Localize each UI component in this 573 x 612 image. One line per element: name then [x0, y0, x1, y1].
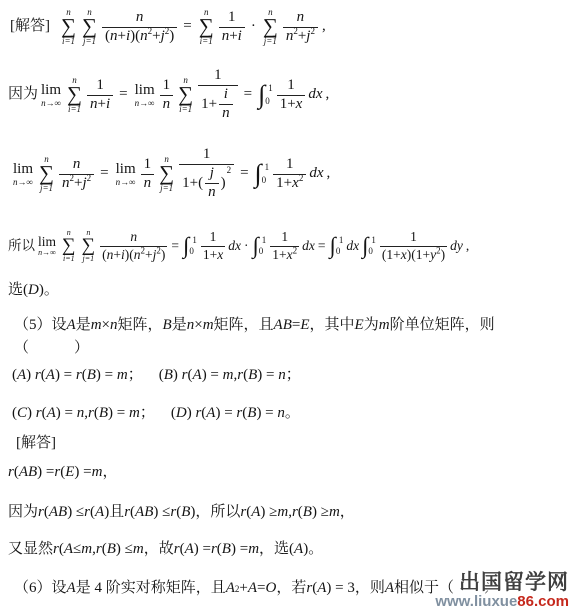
question-5-text: （5）设A是m×n矩阵， B是n×m矩阵，且AB = E，其中E为m阶单位矩阵，… [14, 317, 495, 334]
because-text: 因为 [8, 86, 38, 103]
sum-operator: n ∑ i=1 [61, 8, 76, 46]
option-b: (B) r(A) = m,r(B) = n； [159, 367, 301, 384]
question-6-text: （6）设A是 4 阶实对称矩阵，且A2 + A = O，若r(A) = 3，则A… [14, 580, 499, 597]
numerator: n [128, 230, 139, 245]
integral-limits: 1 0 [259, 234, 267, 258]
equals-sign: = [183, 18, 191, 35]
fraction: 1 1+x2 [270, 230, 299, 261]
sum-lower-limit: j=1 [83, 255, 95, 263]
fraction: n n2+j2 [283, 10, 318, 45]
sum-operator: n ∑ j=1 [263, 8, 278, 46]
denominator: n2+j2 [59, 174, 94, 192]
option-d: (D) r(A) = r(B) = n。 [171, 405, 300, 422]
lim-subscript: n→∞ [13, 178, 33, 187]
denominator: n [141, 174, 155, 192]
lim-subscript: n→∞ [116, 178, 136, 187]
sum-operator: n ∑ i=1 [62, 229, 76, 263]
options-c-d: (C) r(A) = n,r(B) = m； (D) r(A) = r(B) =… [12, 405, 300, 422]
comma: , [326, 165, 330, 182]
integral-operator: ∫ 1 0 [330, 234, 344, 258]
lim-word: lim [38, 235, 56, 249]
equals-sign: = [100, 165, 108, 182]
solution-5-step-1: r(AB) = r(E) = m， [8, 464, 117, 481]
lim-subscript: n→∞ [38, 249, 56, 257]
denominator: n2+j2 [283, 27, 318, 45]
sum-operator: n ∑ j=1 [159, 155, 174, 193]
integral-upper: 1 [268, 83, 273, 93]
lim-word: lim [116, 162, 136, 177]
lim-subscript: n→∞ [135, 99, 155, 108]
dx-differential: dx [309, 165, 323, 182]
numerator: 1 [225, 10, 239, 27]
sigma-icon: ∑ [82, 17, 97, 37]
watermark: 出国留学网 www.liuxue86.com [435, 572, 569, 610]
formula-line-1: [解答] n ∑ i=1 n ∑ j=1 n (n+i)(n2+j2) = n … [10, 6, 326, 48]
denominator: 1+x2 [273, 174, 306, 192]
integral-lower: 0 [336, 246, 344, 256]
formula-line-2: 因为 lim n→∞ n ∑ i=1 1 n+i = lim n→∞ 1 n n… [8, 66, 329, 124]
numerator: n [133, 10, 147, 27]
sigma-icon: ∑ [62, 237, 76, 255]
fraction: 1 n+i [87, 78, 113, 113]
watermark-url-suffix: 86.com [517, 593, 569, 610]
limit-operator: lim n→∞ [38, 235, 56, 258]
lim-subscript: n→∞ [41, 99, 61, 108]
denominator: 1+x [277, 95, 306, 113]
denominator: 1+x2 [270, 246, 299, 262]
integral-operator: ∫ 1 0 [183, 234, 197, 258]
sum-lower-limit: i=1 [200, 37, 213, 46]
numerator: 1 [93, 78, 107, 95]
integral-operator: ∫ 1 0 [252, 234, 266, 258]
sigma-icon: ∑ [178, 85, 193, 105]
integral-upper: 1 [262, 235, 267, 245]
denominator: (n+i)(n2+j2) [102, 27, 177, 45]
watermark-site-name: 出国留学网 [435, 572, 569, 594]
fraction: j n [205, 166, 219, 201]
fraction: 1 1+x [201, 230, 225, 261]
numerator: 1 [284, 78, 298, 95]
numerator: 1 [200, 147, 214, 164]
fraction: n (n+i)(n2+j2) [102, 10, 177, 45]
numerator: n [70, 157, 84, 174]
limit-operator: lim n→∞ [13, 162, 33, 187]
sum-lower-limit: j=1 [160, 184, 173, 193]
integral-operator: ∫ 1 0 [258, 82, 273, 108]
option-a: (A) r(A) = r(B) = m； [12, 367, 143, 384]
sum-operator: n ∑ i=1 [67, 76, 82, 114]
integral-lower: 0 [262, 175, 270, 185]
lim-word: lim [13, 162, 33, 177]
den-text: ) [221, 176, 226, 192]
equals-sign: = [171, 238, 179, 254]
dx-differential: dx [346, 238, 359, 254]
numerator: 1 [283, 157, 297, 174]
integral-lower: 0 [368, 246, 376, 256]
fraction: 1 (1+x)(1+y2) [380, 230, 447, 261]
sigma-icon: ∑ [263, 17, 278, 37]
equals-sign: = [244, 86, 252, 103]
watermark-url-prefix: www.liuxue [435, 593, 517, 610]
formula-line-3: lim n→∞ n ∑ j=1 n n2+j2 = lim n→∞ 1 n n … [10, 144, 330, 204]
denominator: 1+ i n [198, 85, 237, 122]
dx-differential: dx [228, 238, 241, 254]
numerator: j [207, 166, 217, 183]
sigma-icon: ∑ [39, 164, 54, 184]
sum-lower-limit: i=1 [68, 105, 81, 114]
exponent: 2 [227, 166, 232, 175]
solution-tag-5: [解答] [16, 435, 56, 452]
fraction: 1 1+x2 [273, 157, 306, 192]
sum-lower-limit: i=1 [62, 37, 75, 46]
integral-lower: 0 [259, 246, 267, 256]
integral-operator: ∫ 1 0 [255, 161, 270, 187]
fraction: n (n+i)(n2+j2) [100, 230, 167, 261]
integral-limits: 1 0 [336, 234, 344, 258]
sum-lower-limit: j=1 [40, 184, 53, 193]
sigma-icon: ∑ [61, 17, 76, 37]
denominator: n [205, 183, 219, 201]
equals-sign: = [240, 165, 248, 182]
integral-upper: 1 [192, 235, 197, 245]
sum-operator: n ∑ i=1 [178, 76, 193, 114]
sum-lower-limit: j=1 [83, 37, 96, 46]
numerator: 1 [211, 68, 225, 85]
solution-5-step-2: 因为r(AB) ≤ r(A)且r(AB) ≤ r(B)，所以r(A) ≥ m,r… [8, 504, 355, 521]
denominator: (n+i)(n2+j2) [100, 246, 167, 262]
numerator: 1 [160, 78, 174, 95]
fraction: 1 n [141, 157, 155, 192]
integral-lower: 0 [265, 96, 273, 106]
fraction: 1 1+( j n ) 2 [179, 147, 234, 200]
question-5-answer-blank: （ ） [14, 340, 89, 357]
integral-upper: 1 [339, 235, 344, 245]
integral-upper: 1 [265, 162, 270, 172]
multiplication-dot: · [251, 18, 256, 35]
dy-differential: dy [450, 238, 463, 254]
sigma-icon: ∑ [82, 237, 96, 255]
denominator: n [219, 104, 233, 122]
denominator: n+i [219, 27, 245, 45]
numerator: 1 [408, 230, 419, 245]
formula-line-4: 所以 lim n→∞ n ∑ i=1 n ∑ j=1 n (n+i)(n2+j2… [8, 224, 469, 268]
fraction: 1 n+i [219, 10, 245, 45]
fraction: n n2+j2 [59, 157, 94, 192]
sum-lower-limit: j=1 [264, 37, 277, 46]
numerator: n [294, 10, 308, 27]
comma: , [326, 86, 330, 103]
integral-upper: 1 [371, 235, 376, 245]
sigma-icon: ∑ [199, 17, 214, 37]
integral-limits: 1 0 [262, 161, 270, 187]
denominator: (1+x)(1+y2) [380, 246, 447, 262]
integral-icon: ∫ [255, 161, 262, 187]
sum-lower-limit: i=1 [63, 255, 75, 263]
lim-word: lim [135, 83, 155, 98]
dx-differential: dx [302, 238, 315, 254]
equals-sign: = [119, 86, 127, 103]
option-c: (C) r(A) = n,r(B) = m； [12, 405, 155, 422]
limit-operator: lim n→∞ [41, 83, 61, 108]
numerator: 1 [208, 230, 219, 245]
sum-operator: n ∑ j=1 [39, 155, 54, 193]
comma: , [466, 238, 469, 254]
integral-limits: 1 0 [189, 234, 197, 258]
sum-operator: n ∑ i=1 [199, 8, 214, 46]
den-text: 1+( [182, 176, 203, 192]
watermark-url: www.liuxue86.com [435, 594, 569, 610]
limit-operator: lim n→∞ [116, 162, 136, 187]
fraction: 1 1+x [277, 78, 306, 113]
fraction: 1 1+ i n [198, 68, 237, 121]
denominator: 1+( j n ) 2 [179, 164, 234, 201]
options-a-b: (A) r(A) = r(B) = m； (B) r(A) = m,r(B) =… [12, 367, 301, 384]
answer-choice-d: 选(D)。 [8, 282, 59, 299]
denominator: n [160, 95, 174, 113]
sum-operator: n ∑ j=1 [82, 229, 96, 263]
dx-differential: dx [308, 86, 322, 103]
integral-operator: ∫ 1 0 [362, 234, 376, 258]
denominator: 1+x [201, 246, 225, 262]
solution-5-step-3: 又显然r(A ≤ m,r(B) ≤ m，故r(A) = r(B) = m，选(A… [8, 541, 323, 558]
comma: , [322, 18, 326, 35]
lim-word: lim [41, 83, 61, 98]
fraction: 1 n [160, 78, 174, 113]
numerator: i [221, 87, 231, 104]
sigma-icon: ∑ [159, 164, 174, 184]
numerator: 1 [141, 157, 155, 174]
integral-limits: 1 0 [368, 234, 376, 258]
sum-operator: n ∑ j=1 [82, 8, 97, 46]
fraction: i n [219, 87, 233, 122]
integral-limits: 1 0 [265, 82, 273, 108]
solution-tag: [解答] [10, 18, 50, 35]
integral-lower: 0 [189, 246, 197, 256]
so-text: 所以 [8, 238, 35, 254]
limit-operator: lim n→∞ [135, 83, 155, 108]
den-text: 1+ [201, 97, 217, 113]
sum-lower-limit: i=1 [179, 105, 192, 114]
integral-icon: ∫ [258, 82, 265, 108]
multiplication-dot: · [244, 238, 249, 254]
numerator: 1 [279, 230, 290, 245]
denominator: n+i [87, 95, 113, 113]
sigma-icon: ∑ [67, 85, 82, 105]
equals-sign: = [318, 238, 326, 254]
document-page: [解答] n ∑ i=1 n ∑ j=1 n (n+i)(n2+j2) = n … [0, 0, 573, 612]
